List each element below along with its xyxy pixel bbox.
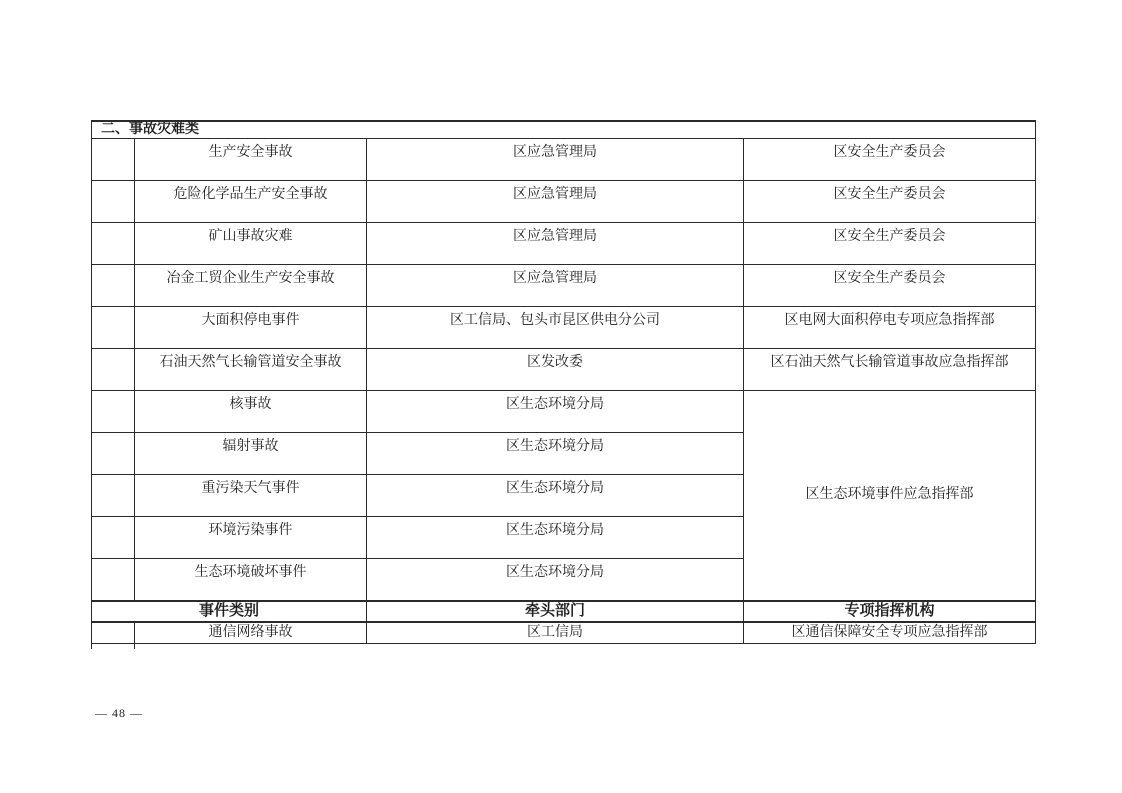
table-cell-department: 区生态环境分局 bbox=[367, 433, 744, 475]
table-cell-category: 核事故 bbox=[135, 391, 367, 433]
table-cell-agency: 区电网大面积停电专项应急指挥部 bbox=[744, 307, 1036, 349]
table-cell-category: 重污染天气事件 bbox=[135, 475, 367, 517]
table-cell-agency: 区安全生产委员会 bbox=[744, 265, 1036, 307]
header-cell-agency: 专项指挥机构 bbox=[744, 601, 1036, 622]
table-cell-category: 大面积停电事件 bbox=[135, 307, 367, 349]
table-cell-index bbox=[92, 139, 135, 181]
table-row: 石油天然气长输管道安全事故 区发改委 区石油天然气长输管道事故应急指挥部 bbox=[92, 349, 1036, 391]
table-row: 矿山事故灾难 区应急管理局 区安全生产委员会 bbox=[92, 223, 1036, 265]
table-cell-department: 区生态环境分局 bbox=[367, 475, 744, 517]
table-cell-index bbox=[92, 223, 135, 265]
table-row: 大面积停电事件 区工信局、包头市昆区供电分公司 区电网大面积停电专项应急指挥部 bbox=[92, 307, 1036, 349]
table-cell-agency: 区通信保障安全专项应急指挥部 bbox=[744, 622, 1036, 644]
header-cell-department: 牵头部门 bbox=[367, 601, 744, 622]
table-cell-category: 生产安全事故 bbox=[135, 139, 367, 181]
table-cell-category: 矿山事故灾难 bbox=[135, 223, 367, 265]
table-cell-index bbox=[92, 559, 135, 601]
table-cell-department: 区工信局、包头市昆区供电分公司 bbox=[367, 307, 744, 349]
table-row: 生产安全事故 区应急管理局 区安全生产委员会 bbox=[92, 139, 1036, 181]
table-cell-agency: 区安全生产委员会 bbox=[744, 223, 1036, 265]
table-cell-department: 区应急管理局 bbox=[367, 181, 744, 223]
page-number: — 48 — bbox=[95, 706, 143, 721]
section-title: 二、事故灾难类 bbox=[92, 121, 1036, 139]
table-header-row: 事件类别 牵头部门 专项指挥机构 bbox=[92, 601, 1036, 622]
table-cell-category: 石油天然气长输管道安全事故 bbox=[135, 349, 367, 391]
table-cell-category: 冶金工贸企业生产安全事故 bbox=[135, 265, 367, 307]
table-cell-category: 生态环境破坏事件 bbox=[135, 559, 367, 601]
table-cell-department: 区生态环境分局 bbox=[367, 517, 744, 559]
table-cell-index bbox=[92, 622, 135, 644]
table-cell-department: 区工信局 bbox=[367, 622, 744, 644]
table-cell-index bbox=[92, 433, 135, 475]
table-cell-department: 区应急管理局 bbox=[367, 139, 744, 181]
table-cell-category: 危险化学品生产安全事故 bbox=[135, 181, 367, 223]
cutoff-border-left bbox=[91, 644, 92, 649]
table-cell-index bbox=[92, 517, 135, 559]
accident-disaster-table: 二、事故灾难类 生产安全事故 区应急管理局 区安全生产委员会 危险化学品生产安全… bbox=[91, 120, 1036, 644]
table-row: 冶金工贸企业生产安全事故 区应急管理局 区安全生产委员会 bbox=[92, 265, 1036, 307]
document-page: 二、事故灾难类 生产安全事故 区应急管理局 区安全生产委员会 危险化学品生产安全… bbox=[0, 0, 1122, 793]
table-cell-index bbox=[92, 307, 135, 349]
table-cell-department: 区应急管理局 bbox=[367, 223, 744, 265]
table-cell-department: 区应急管理局 bbox=[367, 265, 744, 307]
table-cell-index bbox=[92, 391, 135, 433]
table-section-title-row: 二、事故灾难类 bbox=[92, 121, 1036, 139]
table-cell-category: 辐射事故 bbox=[135, 433, 367, 475]
table-container: 二、事故灾难类 生产安全事故 区应急管理局 区安全生产委员会 危险化学品生产安全… bbox=[91, 120, 1035, 650]
table-row: 核事故 区生态环境分局 区生态环境事件应急指挥部 bbox=[92, 391, 1036, 433]
table-cell-index bbox=[92, 265, 135, 307]
table-cell-agency: 区石油天然气长输管道事故应急指挥部 bbox=[744, 349, 1036, 391]
cutoff-border-divider bbox=[134, 644, 135, 649]
table-cell-department: 区生态环境分局 bbox=[367, 559, 744, 601]
table-cell-index bbox=[92, 181, 135, 223]
table-cell-category: 环境污染事件 bbox=[135, 517, 367, 559]
table-row: 危险化学品生产安全事故 区应急管理局 区安全生产委员会 bbox=[92, 181, 1036, 223]
table-cell-department: 区生态环境分局 bbox=[367, 391, 744, 433]
table-cell-agency-merged: 区生态环境事件应急指挥部 bbox=[744, 391, 1036, 601]
table-cutoff-row bbox=[91, 644, 1035, 650]
table-row: 通信网络事故 区工信局 区通信保障安全专项应急指挥部 bbox=[92, 622, 1036, 644]
table-cell-index bbox=[92, 349, 135, 391]
table-cell-agency: 区安全生产委员会 bbox=[744, 139, 1036, 181]
header-cell-category: 事件类别 bbox=[92, 601, 367, 622]
table-cell-agency: 区安全生产委员会 bbox=[744, 181, 1036, 223]
table-cell-index bbox=[92, 475, 135, 517]
table-cell-category: 通信网络事故 bbox=[135, 622, 367, 644]
table-cell-department: 区发改委 bbox=[367, 349, 744, 391]
